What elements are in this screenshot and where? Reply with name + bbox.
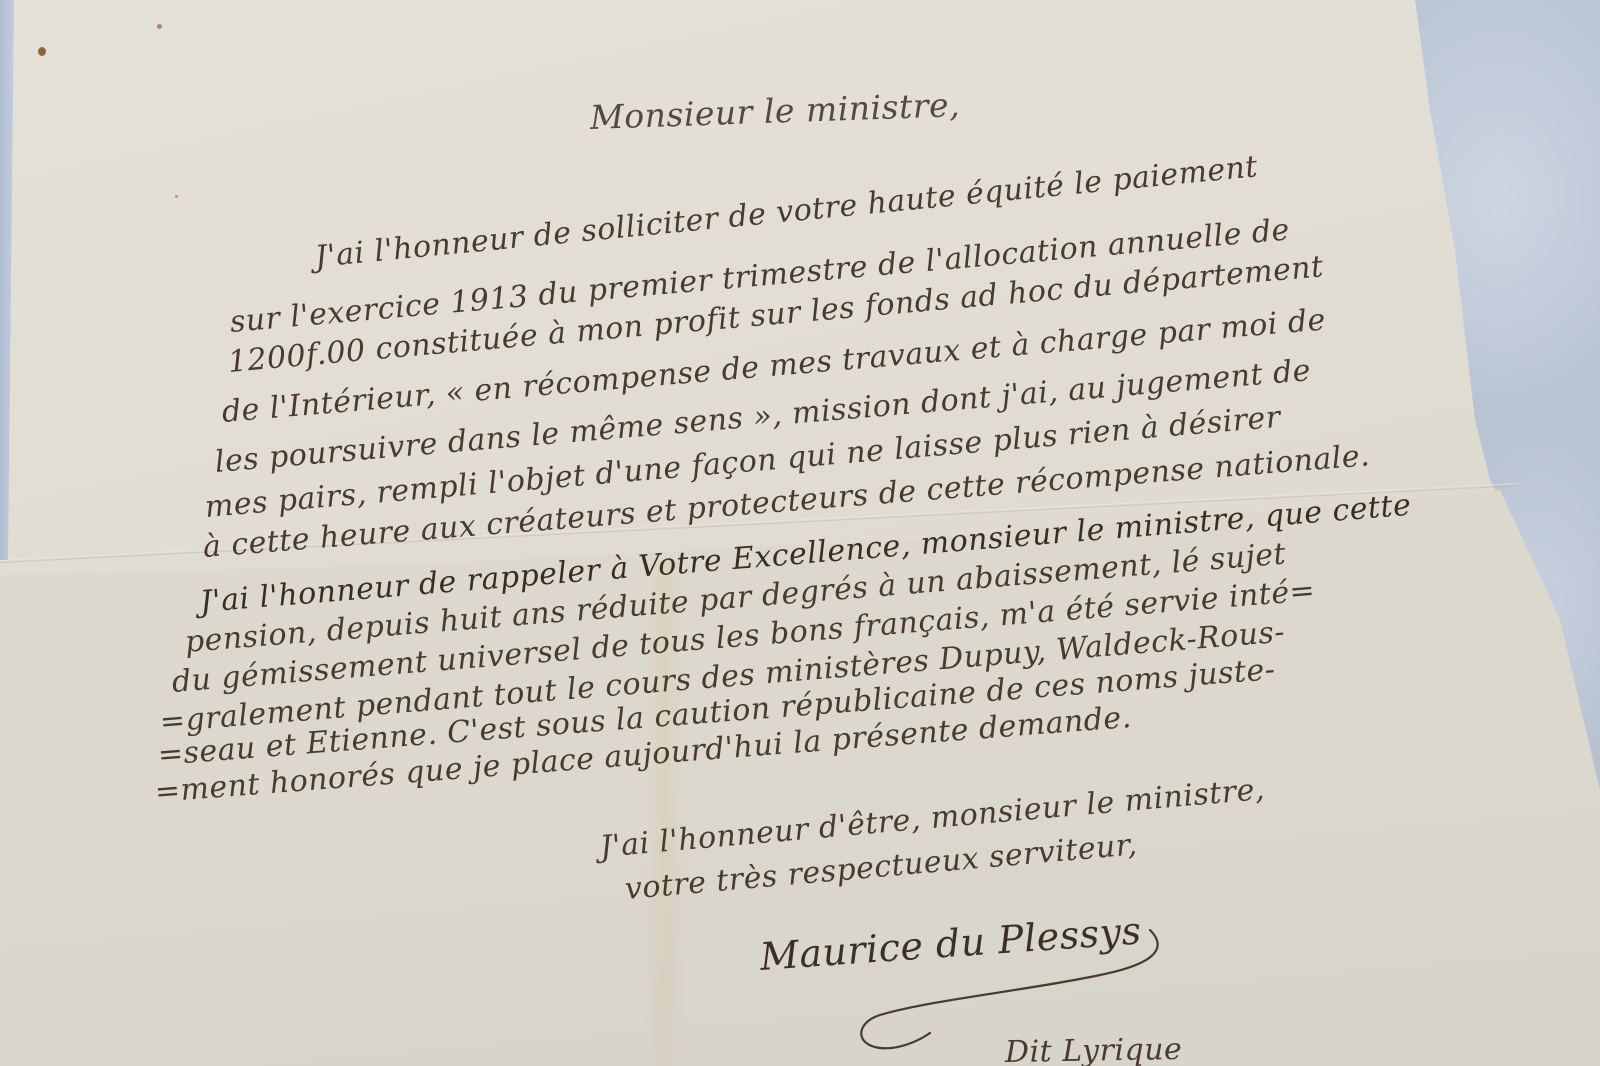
foxing-spot (157, 24, 162, 29)
postscript-fragment: Dit Lyrique (1005, 1032, 1183, 1066)
foxing-spot (38, 47, 46, 56)
foxing-spot (175, 195, 178, 198)
signature-flourish-icon (850, 920, 1170, 1050)
